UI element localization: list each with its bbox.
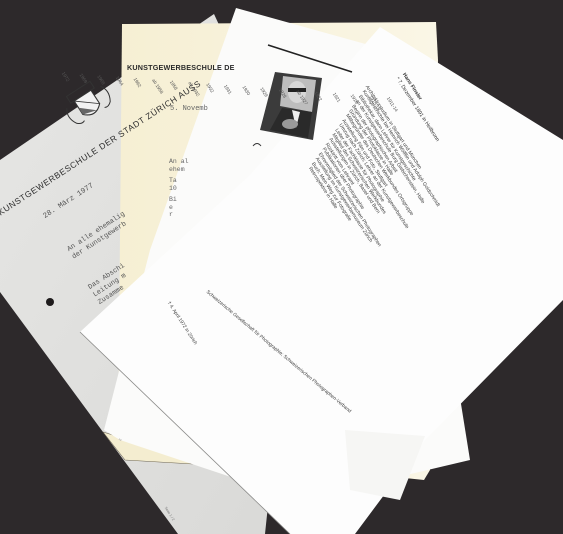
cream-letter-header: KUNSTGEWERBESCHULE DE xyxy=(127,63,235,72)
cream-line: e xyxy=(169,204,189,212)
cream-line: An al xyxy=(169,158,189,166)
cream-line: r xyxy=(169,211,189,219)
cream-line: Ta xyxy=(169,177,189,185)
hole-punch xyxy=(46,298,54,306)
cream-letter-reference: 5. Novemb xyxy=(170,105,208,113)
cream-line: ehem xyxy=(169,166,189,174)
cream-line: Bi xyxy=(169,196,189,204)
cream-letter-body: An al ehem Ta 10 Bi e r xyxy=(169,158,189,219)
cream-line: 10 xyxy=(169,185,189,193)
